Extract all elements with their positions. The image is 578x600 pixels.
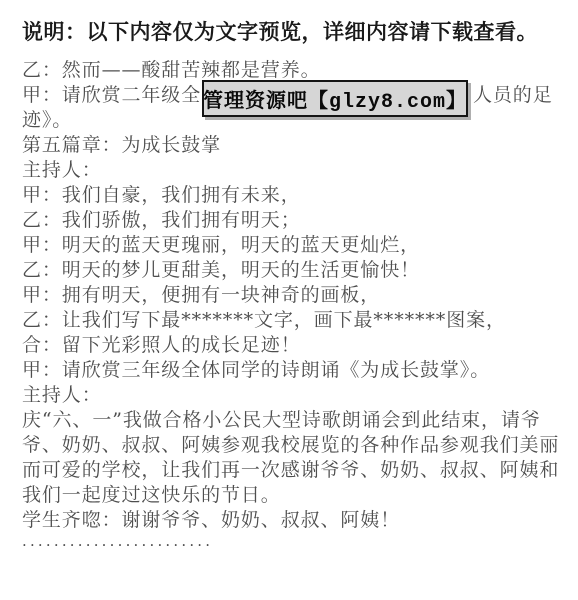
text-line: 我们一起度过这快乐的节日。 xyxy=(22,483,567,508)
text-line: 乙：让我们写下最*******文字，画下最*******图案， xyxy=(22,308,567,333)
host-label-line: 主持人： xyxy=(22,383,567,408)
watermark-text: 管理资源吧【glzy8.com】 xyxy=(203,84,467,114)
text-line: 乙：明天的梦儿更甜美，明天的生活更愉快！ xyxy=(22,258,567,283)
chapter-heading-line: 第五篇章：为成长鼓掌 xyxy=(22,133,567,158)
text-line: 甲：拥有明天，便拥有一块神奇的画板， xyxy=(22,283,567,308)
preview-notice: 说明：以下内容仅为文字预览，详细内容请下载查看。 xyxy=(22,16,538,46)
watermark-stamp: 管理资源吧【glzy8.com】 xyxy=(202,80,468,117)
script-content: 乙：然而——酸甜苦辣都是营养。 甲：请欣赏二年级全 人员的足 迹》。 第五篇章：… xyxy=(22,58,567,558)
covered-line-after: 人员的足 xyxy=(473,83,553,108)
text-line: 爷、奶奶、叔叔、阿姨参观我校展览的各种作品参观我们美丽 xyxy=(22,433,567,458)
text-line: 合：留下光彩照人的成长足迹！ xyxy=(22,333,567,358)
text-line: 庆“六、一”我做合格小公民大型诗歌朗诵会到此结束，请爷 xyxy=(22,408,567,433)
covered-line-before: 甲：请欣赏二年级全 xyxy=(22,84,201,106)
text-line: 甲：请欣赏三年级全体同学的诗朗诵《为成长鼓掌》。 xyxy=(22,358,567,383)
host-label-line: 主持人： xyxy=(22,158,567,183)
text-line: 甲：我们自豪，我们拥有未来， xyxy=(22,183,567,208)
ellipsis-line: ························ xyxy=(22,533,567,558)
text-line: 学生齐唿：谢谢爷爷、奶奶、叔叔、阿姨！ xyxy=(22,508,567,533)
text-line: 而可爱的学校，让我们再一次感谢爷爷、奶奶、叔叔、阿姨和 xyxy=(22,458,567,483)
text-line: 甲：明天的蓝天更瑰丽，明天的蓝天更灿烂， xyxy=(22,233,567,258)
text-line: 乙：我们骄傲，我们拥有明天； xyxy=(22,208,567,233)
preview-page: 说明：以下内容仅为文字预览，详细内容请下载查看。 管理资源吧【glzy8.com… xyxy=(0,0,578,600)
